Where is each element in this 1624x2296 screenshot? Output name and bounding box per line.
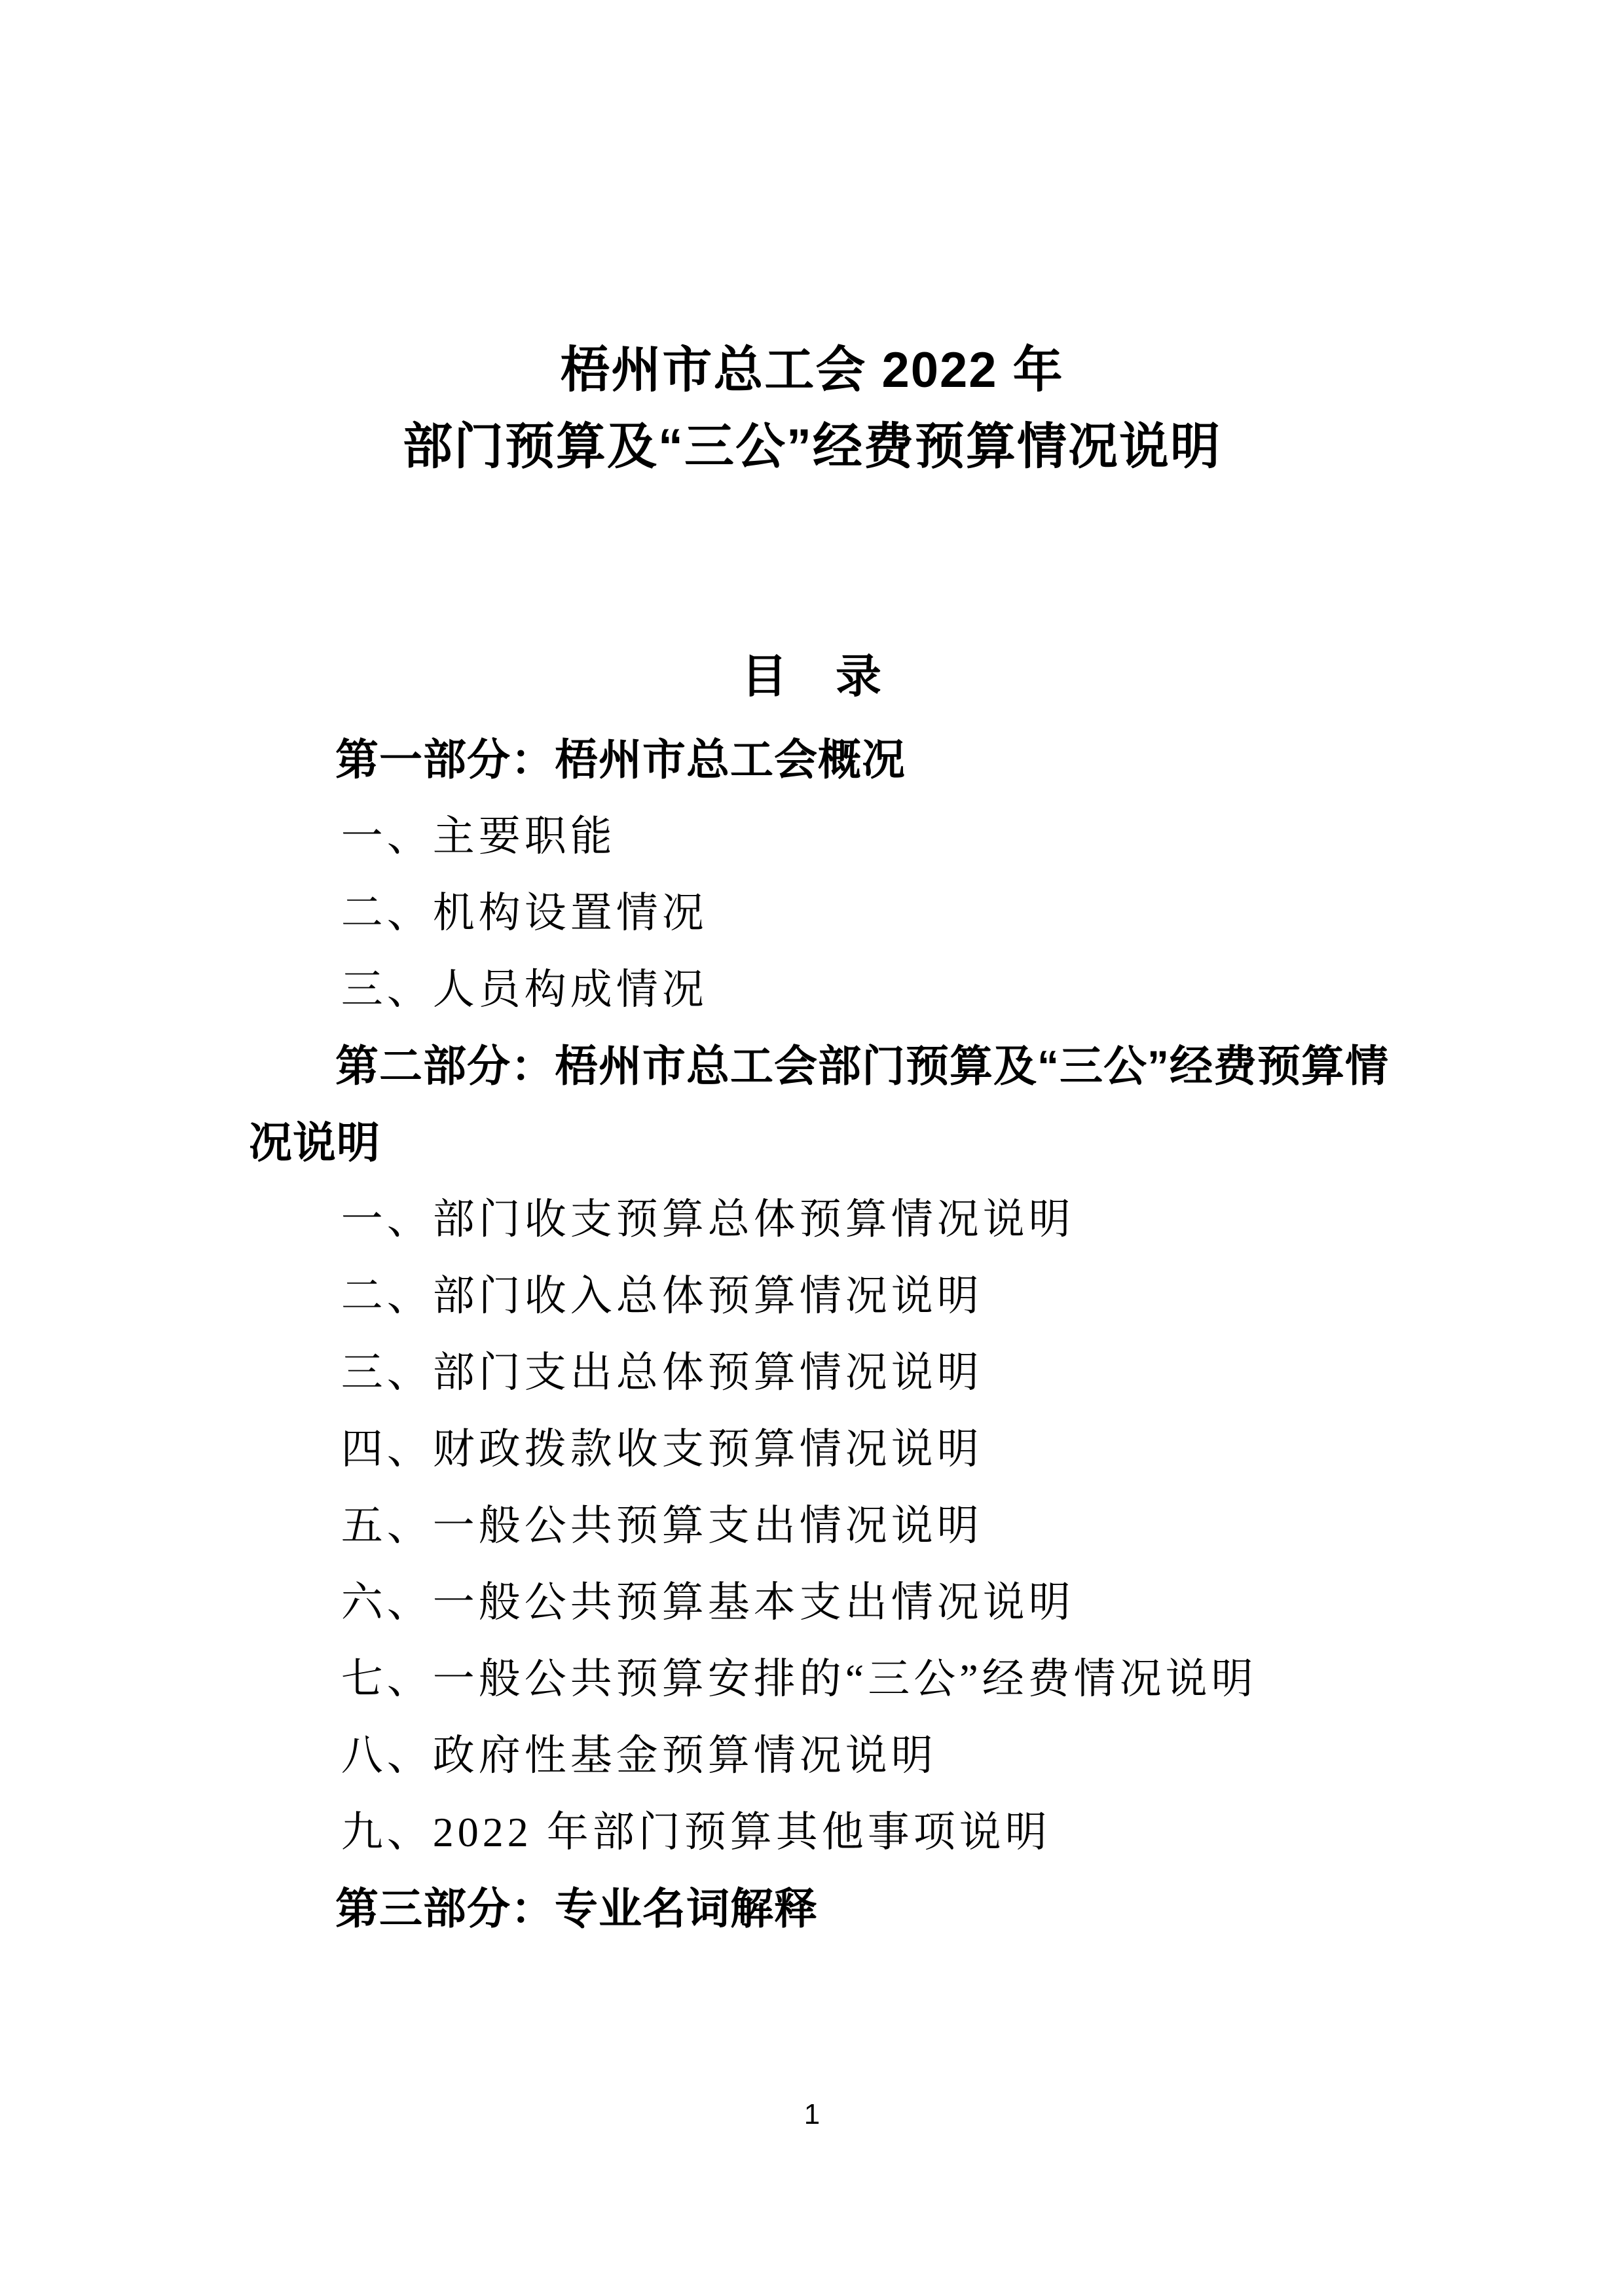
toc-entry-16: 第三部分：专业名词解释: [249, 1870, 1375, 1947]
document-title-line-2: 部门预算及“三公”经费预算情况说明: [249, 409, 1375, 485]
page-content: 梧州市总工会 2022 年 部门预算及“三公”经费预算情况说明 目 录 第一部分…: [0, 0, 1624, 1947]
document-title: 梧州市总工会 2022 年 部门预算及“三公”经费预算情况说明: [249, 332, 1375, 485]
toc-entry-4: 三、人员构成情况: [249, 951, 1375, 1028]
page-number: 1: [0, 2098, 1624, 2131]
toc-entry-14: 八、政府性基金预算情况说明: [249, 1717, 1375, 1794]
toc-entry-13: 七、一般公共预算安排的“三公”经费情况说明: [249, 1641, 1375, 1717]
toc-entry-3: 二、机构设置情况: [249, 875, 1375, 951]
document-title-line-1: 梧州市总工会 2022 年: [249, 332, 1375, 409]
toc-heading: 目 录: [249, 638, 1375, 715]
toc-entry-9: 三、部门支出总体预算情况说明: [249, 1334, 1375, 1411]
toc-list: 第一部分：梧州市总工会概况一、主要职能二、机构设置情况三、人员构成情况第二部分：…: [249, 721, 1375, 1947]
document-page: 梧州市总工会 2022 年 部门预算及“三公”经费预算情况说明 目 录 第一部分…: [0, 0, 1624, 2296]
toc-entry-11: 五、一般公共预算支出情况说明: [249, 1487, 1375, 1564]
toc-entry-1: 第一部分：梧州市总工会概况: [249, 721, 1375, 798]
toc-entry-2: 一、主要职能: [249, 798, 1375, 875]
toc-entry-12: 六、一般公共预算基本支出情况说明: [249, 1564, 1375, 1641]
toc-entry-15: 九、2022 年部门预算其他事项说明: [249, 1794, 1375, 1870]
toc-entry-7: 一、部门收支预算总体预算情况说明: [249, 1181, 1375, 1258]
toc-entry-5: 第二部分：梧州市总工会部门预算及“三公”经费预算情: [249, 1028, 1375, 1104]
toc-entry-6: 况说明: [249, 1104, 1375, 1181]
toc-entry-10: 四、财政拨款收支预算情况说明: [249, 1411, 1375, 1487]
toc-entry-8: 二、部门收入总体预算情况说明: [249, 1258, 1375, 1334]
